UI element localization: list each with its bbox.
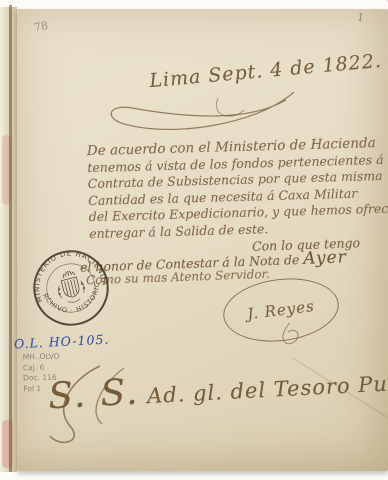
coat-of-arms-icon bbox=[54, 268, 87, 305]
signature-tail-flourish bbox=[268, 321, 311, 354]
scanned-manuscript-page: 78 1 Lima Sept. 4 de 1822. De acuerdo co… bbox=[0, 0, 388, 480]
binding-crease-line bbox=[9, 5, 12, 472]
addressee-initials: S. S. bbox=[47, 372, 140, 418]
folio-number: 78 bbox=[33, 19, 49, 34]
dateline-flourish bbox=[98, 86, 308, 144]
signature: J. Reyes bbox=[246, 297, 315, 323]
flourished-word: Ayer bbox=[303, 247, 347, 269]
letter-body: De acuerdo con el Ministerio de Hacienda… bbox=[87, 135, 386, 243]
